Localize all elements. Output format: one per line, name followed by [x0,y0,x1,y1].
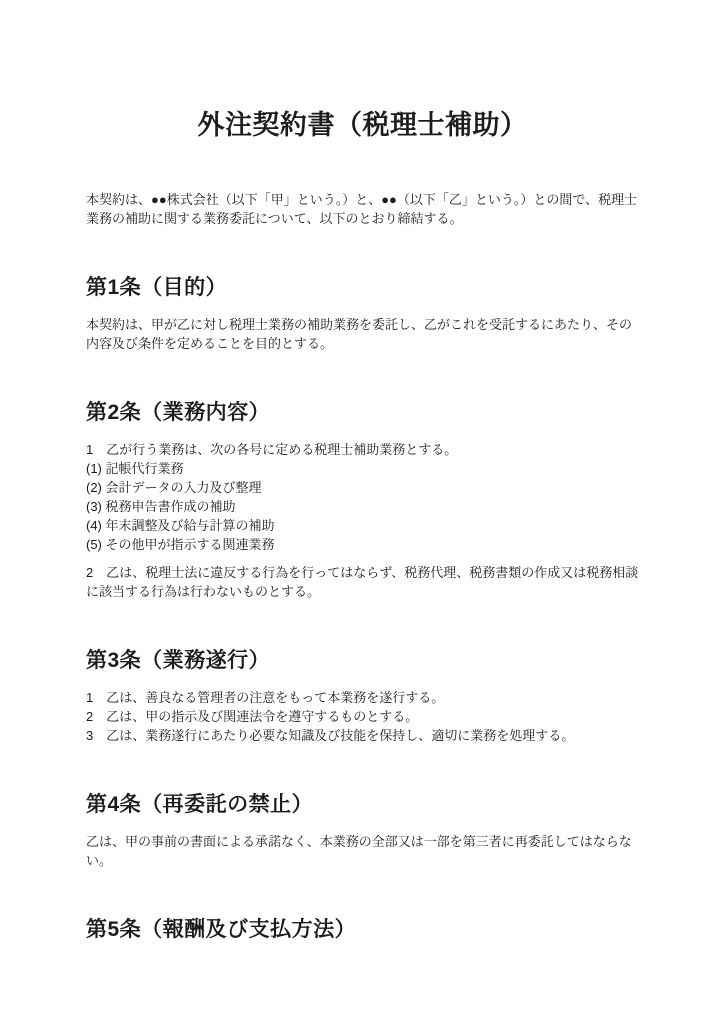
sections-container: 第1条（目的） 本契約は、甲が乙に対し税理士業務の補助業務を委託し、乙がこれを受… [86,273,639,945]
contract-article: 第5条（報酬及び支払方法） [86,915,639,944]
article-text-line: (1) 記帳代行業務 [86,460,639,479]
article-text-line: (2) 会計データの入力及び整理 [86,479,639,498]
intro-paragraph: 本契約は、●●株式会社（以下「甲」という。）と、●●（以下「乙」という。）との間… [86,191,639,229]
article-text-line: 1 乙は、善良なる管理者の注意をもって本業務を遂行する。 [86,689,639,708]
article-block: 1 乙は、善良なる管理者の注意をもって本業務を遂行する。2 乙は、甲の指示及び関… [86,689,639,746]
article-block: 本契約は、甲が乙に対し税理士業務の補助業務を委託し、乙がこれを受託するにあたり、… [86,316,639,354]
contract-article: 第1条（目的） 本契約は、甲が乙に対し税理士業務の補助業務を委託し、乙がこれを受… [86,273,639,354]
contract-article: 第4条（再委託の禁止） 乙は、甲の事前の書面による承諾なく、本業務の全部又は一部… [86,790,639,871]
contract-article: 第3条（業務遂行） 1 乙は、善良なる管理者の注意をもって本業務を遂行する。2 … [86,646,639,746]
article-text-line: 2 乙は、甲の指示及び関連法令を遵守するものとする。 [86,708,639,727]
article-heading: 第3条（業務遂行） [86,646,639,675]
document-page: 外注契約書（税理士補助） 本契約は、●●株式会社（以下「甲」という。）と、●●（… [0,0,724,1024]
article-block: 1 乙が行う業務は、次の各号に定める税理士補助業務とする。(1) 記帳代行業務(… [86,441,639,554]
article-heading: 第4条（再委託の禁止） [86,790,639,819]
contract-article: 第2条（業務内容） 1 乙が行う業務は、次の各号に定める税理士補助業務とする。(… [86,398,639,602]
article-text-line: (5) その他甲が指示する関連業務 [86,536,639,555]
article-heading: 第2条（業務内容） [86,398,639,427]
article-heading: 第5条（報酬及び支払方法） [86,915,639,944]
article-heading: 第1条（目的） [86,273,639,302]
article-text-line: 乙は、甲の事前の書面による承諾なく、本業務の全部又は一部を第三者に再委託してはな… [86,833,639,871]
article-text-line: 本契約は、甲が乙に対し税理士業務の補助業務を委託し、乙がこれを受託するにあたり、… [86,316,639,354]
article-block: 2 乙は、税理士法に違反する行為を行ってはならず、税務代理、税務書類の作成又は税… [86,564,639,602]
article-text-line: 1 乙が行う業務は、次の各号に定める税理士補助業務とする。 [86,441,639,460]
document-title: 外注契約書（税理士補助） [86,106,639,145]
article-text-line: 3 乙は、業務遂行にあたり必要な知識及び技能を保持し、適切に業務を処理する。 [86,727,639,746]
article-text-line: 2 乙は、税理士法に違反する行為を行ってはならず、税務代理、税務書類の作成又は税… [86,564,639,602]
article-block: 乙は、甲の事前の書面による承諾なく、本業務の全部又は一部を第三者に再委託してはな… [86,833,639,871]
article-text-line: (4) 年末調整及び給与計算の補助 [86,517,639,536]
article-text-line: (3) 税務申告書作成の補助 [86,498,639,517]
